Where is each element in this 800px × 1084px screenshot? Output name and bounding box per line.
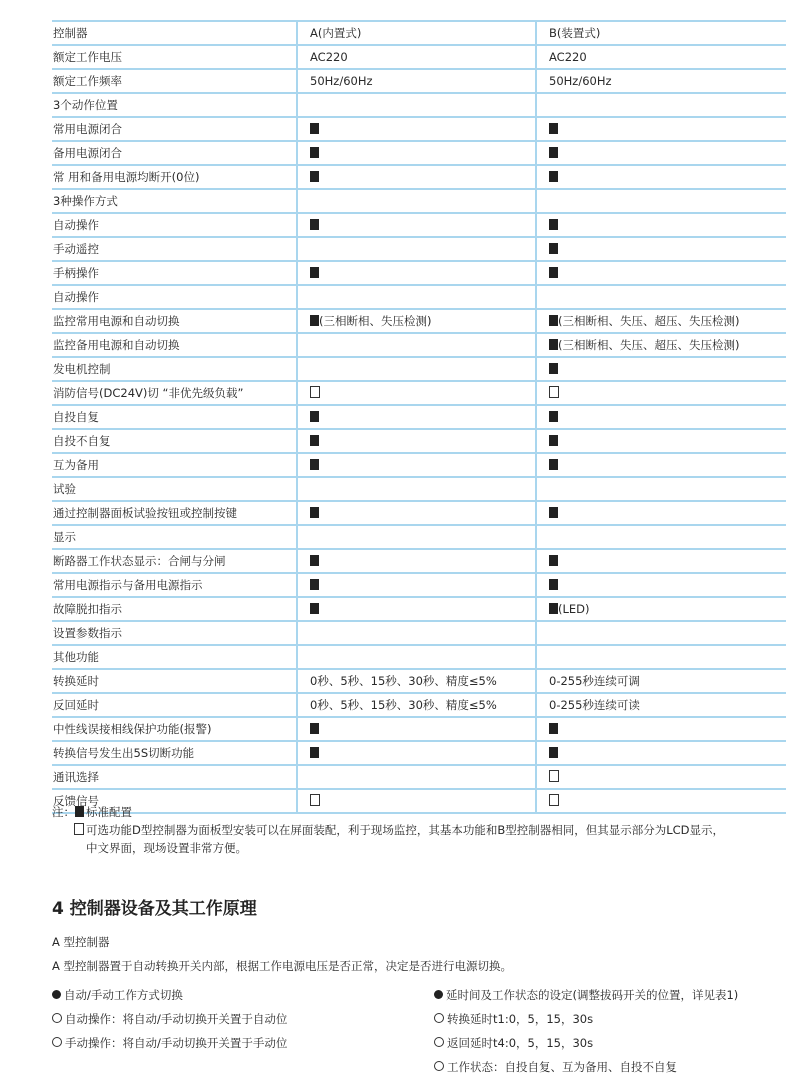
row-label: 互为备用 [53, 458, 99, 472]
notes-standard: 标准配置 [86, 803, 132, 821]
table-row: 反回延时0秒、5秒、15秒、30秒、精度≤5%0-255秒连续可读 [52, 693, 786, 717]
row-label: 手柄操作 [53, 266, 99, 280]
cell-text: 0-255秒连续可读 [549, 698, 640, 712]
cell-text: (三相断相、失压、超压、失压检测) [558, 338, 739, 352]
row-label: 转换信号发生出5S切断功能 [53, 746, 194, 760]
row-label: 手动遥控 [53, 242, 99, 256]
table-row: 显示 [52, 525, 786, 549]
cell-text: 0秒、5秒、15秒、30秒、精度≤5% [310, 674, 497, 688]
row-label-cell: 转换延时 [52, 669, 297, 693]
row-label-cell: 监控备用电源和自动切换 [52, 333, 297, 357]
type-b-cell [536, 765, 786, 789]
table-row: 监控常用电源和自动切换(三相断相、失压检测)(三相断相、失压、超压、失压检测) [52, 309, 786, 333]
row-label: 常用电源闭合 [53, 122, 122, 136]
type-a-cell [297, 501, 536, 525]
row-label-cell: 故障脱扣指示 [52, 597, 297, 621]
notes-optional-line2: 中文界面，现场设置非常方便。 [52, 839, 724, 857]
row-label-cell: 反回延时 [52, 693, 297, 717]
type-b-cell [536, 501, 786, 525]
type-b-cell [536, 261, 786, 285]
list-item: 自动操作：将自动/手动切换开关置于自动位 [52, 1007, 287, 1031]
type-b-cell: 50Hz/60Hz [536, 69, 786, 93]
cell-text: (三相断相、失压检测) [319, 314, 431, 328]
cell-text: (LED) [558, 602, 590, 616]
type-a-cell [297, 381, 536, 405]
type-a-cell [297, 261, 536, 285]
standard-square-icon [549, 723, 558, 734]
row-label-cell: 试验 [52, 477, 297, 501]
optional-square-icon [310, 386, 320, 398]
table-row: 试验 [52, 477, 786, 501]
row-label-cell: 常 用和备用电源均断开(0位) [52, 165, 297, 189]
type-b-cell [536, 357, 786, 381]
type-a-cell [297, 93, 536, 117]
row-label: 通讯选择 [53, 770, 99, 784]
left-feature-list: 自动/手动工作方式切换 自动操作：将自动/手动切换开关置于自动位 手动操作：将自… [52, 983, 287, 1055]
table-row: 自动操作 [52, 213, 786, 237]
hollow-bullet-icon [52, 1037, 62, 1047]
table-row: 额定工作频率50Hz/60Hz50Hz/60Hz [52, 69, 786, 93]
list-item: 工作状态：自投自复、互为备用、自投不自复 [434, 1055, 738, 1079]
row-label: 其他功能 [53, 650, 99, 664]
table-row: 手柄操作 [52, 261, 786, 285]
type-a-cell [297, 717, 536, 741]
type-a-cell: 50Hz/60Hz [297, 69, 536, 93]
standard-square-icon [310, 459, 319, 470]
table-row: 自投不自复 [52, 429, 786, 453]
row-label-cell: 3种操作方式 [52, 189, 297, 213]
table-row: 自投自复 [52, 405, 786, 429]
section-subtitle: A 型控制器 [52, 934, 110, 950]
type-b-cell [536, 549, 786, 573]
type-a-cell [297, 189, 536, 213]
table-row: 备用电源闭合 [52, 141, 786, 165]
type-b-cell [536, 477, 786, 501]
standard-square-icon [549, 363, 558, 374]
table-row: 额定工作电压AC220AC220 [52, 45, 786, 69]
type-b-cell: (三相断相、失压、超压、失压检测) [536, 309, 786, 333]
cell-text: 0秒、5秒、15秒、30秒、精度≤5% [310, 698, 497, 712]
type-b-cell: 0-255秒连续可读 [536, 693, 786, 717]
standard-square-icon [310, 147, 319, 158]
type-a-cell [297, 405, 536, 429]
hollow-bullet-icon [52, 1013, 62, 1023]
table-row: 自动操作 [52, 285, 786, 309]
table-row: 转换延时0秒、5秒、15秒、30秒、精度≤5%0-255秒连续可调 [52, 669, 786, 693]
type-a-cell [297, 333, 536, 357]
standard-square-icon [549, 579, 558, 590]
type-b-cell [536, 189, 786, 213]
table-row: 常 用和备用电源均断开(0位) [52, 165, 786, 189]
table-notes: 注： 标准配置 可选功能D型控制器为面板型安装可以在屏面装配，利于现场监控，其基… [52, 803, 724, 857]
table-row: 中性线误接相线保护功能(报警) [52, 717, 786, 741]
row-label: 自动操作 [53, 218, 99, 232]
row-label: 自动操作 [53, 290, 99, 304]
type-a-cell [297, 117, 536, 141]
standard-square-icon [549, 315, 558, 326]
standard-square-icon [549, 459, 558, 470]
standard-square-icon [549, 555, 558, 566]
standard-square-icon [310, 315, 319, 326]
table-row: 互为备用 [52, 453, 786, 477]
standard-square-icon [549, 171, 558, 182]
cell-text: AC220 [549, 50, 587, 64]
row-label: 常用电源指示与备用电源指示 [53, 578, 203, 592]
row-label-cell: 其他功能 [52, 645, 297, 669]
type-b-cell: AC220 [536, 45, 786, 69]
row-label: 通过控制器面板试验按钮或控制按键 [53, 506, 237, 520]
notes-optional-line1: 可选功能D型控制器为面板型安装可以在屏面装配，利于现场监控，其基本功能和B型控制… [86, 823, 724, 837]
row-label: 3个动作位置 [53, 98, 118, 112]
standard-square-icon [549, 147, 558, 158]
row-label-cell: 设置参数指示 [52, 621, 297, 645]
row-label: 3种操作方式 [53, 194, 118, 208]
header-controller: 控制器 [52, 21, 297, 45]
table-row: 转换信号发生出5S切断功能 [52, 741, 786, 765]
list-item: 延时间及工作状态的设定(调整拔码开关的位置，详见表1) [434, 983, 738, 1007]
hollow-bullet-icon [434, 1037, 444, 1047]
standard-square-icon [549, 243, 558, 254]
table-row: 3个动作位置 [52, 93, 786, 117]
type-a-cell [297, 141, 536, 165]
row-label-cell: 常用电源指示与备用电源指示 [52, 573, 297, 597]
row-label: 转换延时 [53, 674, 99, 688]
table-row: 设置参数指示 [52, 621, 786, 645]
type-a-cell [297, 621, 536, 645]
type-b-cell [536, 525, 786, 549]
row-label: 断路器工作状态显示：合闸与分闸 [53, 554, 226, 568]
type-b-cell [536, 453, 786, 477]
type-a-cell [297, 573, 536, 597]
type-a-cell [297, 525, 536, 549]
standard-square-icon [310, 219, 319, 230]
type-a-cell [297, 453, 536, 477]
type-b-cell [536, 117, 786, 141]
row-label-cell: 中性线误接相线保护功能(报警) [52, 717, 297, 741]
hollow-bullet-icon [434, 1013, 444, 1023]
row-label-cell: 常用电源闭合 [52, 117, 297, 141]
header-type-b: B(装置式) [536, 21, 786, 45]
row-label-cell: 互为备用 [52, 453, 297, 477]
table-row: 监控备用电源和自动切换(三相断相、失压、超压、失压检测) [52, 333, 786, 357]
type-a-cell [297, 429, 536, 453]
row-label-cell: 额定工作电压 [52, 45, 297, 69]
type-b-cell [536, 717, 786, 741]
row-label: 常 用和备用电源均断开(0位) [53, 170, 199, 184]
row-label: 额定工作电压 [53, 50, 122, 64]
row-label-cell: 3个动作位置 [52, 93, 297, 117]
standard-square-icon [310, 123, 319, 134]
row-label-cell: 监控常用电源和自动切换 [52, 309, 297, 333]
type-b-cell: 0-255秒连续可调 [536, 669, 786, 693]
table-header-row: 控制器 A(内置式) B(装置式) [52, 21, 786, 45]
row-label: 额定工作频率 [53, 74, 122, 88]
notes-prefix: 注： [52, 803, 75, 821]
standard-square-icon [549, 267, 558, 278]
type-b-cell [536, 621, 786, 645]
type-b-cell [536, 285, 786, 309]
row-label: 显示 [53, 530, 76, 544]
row-label-cell: 手柄操作 [52, 261, 297, 285]
row-label-cell: 消防信号(DC24V)切 “非优先级负载” [52, 381, 297, 405]
row-label-cell: 额定工作频率 [52, 69, 297, 93]
cell-text: 50Hz/60Hz [549, 74, 612, 88]
standard-square-icon [549, 339, 558, 350]
table-row: 发电机控制 [52, 357, 786, 381]
standard-square-icon [310, 435, 319, 446]
cell-text: (三相断相、失压、超压、失压检测) [558, 314, 739, 328]
section-paragraph: A 型控制器置于自动转换开关内部，根据工作电源电压是否正常，决定是否进行电源切换… [52, 958, 512, 974]
type-b-cell [536, 645, 786, 669]
row-label: 故障脱扣指示 [53, 602, 122, 616]
row-label-cell: 断路器工作状态显示：合闸与分闸 [52, 549, 297, 573]
standard-square-icon [549, 435, 558, 446]
type-a-cell [297, 213, 536, 237]
row-label: 试验 [53, 482, 76, 496]
type-a-cell: (三相断相、失压检测) [297, 309, 536, 333]
standard-square-icon [310, 603, 319, 614]
header-type-a: A(内置式) [297, 21, 536, 45]
type-a-cell: 0秒、5秒、15秒、30秒、精度≤5% [297, 669, 536, 693]
table-row: 常用电源闭合 [52, 117, 786, 141]
row-label: 设置参数指示 [53, 626, 122, 640]
list-item: 返回延时t4:0，5，15，30s [434, 1031, 738, 1055]
controller-spec-table: 控制器 A(内置式) B(装置式) 额定工作电压AC220AC220额定工作频率… [52, 20, 786, 814]
list-item: 转换延时t1:0，5，15，30s [434, 1007, 738, 1031]
row-label: 备用电源闭合 [53, 146, 122, 160]
row-label-cell: 自投自复 [52, 405, 297, 429]
right-feature-list: 延时间及工作状态的设定(调整拔码开关的位置，详见表1) 转换延时t1:0，5，1… [434, 983, 738, 1079]
type-b-cell [536, 213, 786, 237]
type-a-cell: 0秒、5秒、15秒、30秒、精度≤5% [297, 693, 536, 717]
type-b-cell [536, 381, 786, 405]
table-row: 通过控制器面板试验按钮或控制按键 [52, 501, 786, 525]
cell-text: 50Hz/60Hz [310, 74, 373, 88]
row-label-cell: 自动操作 [52, 285, 297, 309]
table-row: 手动遥控 [52, 237, 786, 261]
row-label: 自投不自复 [53, 434, 111, 448]
type-b-cell [536, 237, 786, 261]
list-item: 手动操作：将自动/手动切换开关置于手动位 [52, 1031, 287, 1055]
type-a-cell [297, 549, 536, 573]
cell-text: AC220 [310, 50, 348, 64]
standard-square-icon [310, 723, 319, 734]
table-row: 断路器工作状态显示：合闸与分闸 [52, 549, 786, 573]
standard-square-icon [310, 555, 319, 566]
row-label: 消防信号(DC24V)切 “非优先级负载” [53, 386, 243, 400]
standard-square-icon [310, 579, 319, 590]
standard-square-icon [549, 411, 558, 422]
type-b-cell [536, 405, 786, 429]
filled-bullet-icon [52, 990, 61, 999]
optional-square-icon [549, 770, 559, 782]
row-label-cell: 手动遥控 [52, 237, 297, 261]
standard-square-icon [310, 507, 319, 518]
row-label-cell: 发电机控制 [52, 357, 297, 381]
type-b-cell [536, 429, 786, 453]
row-label-cell: 备用电源闭合 [52, 141, 297, 165]
row-label: 自投自复 [53, 410, 99, 424]
standard-square-icon [310, 747, 319, 758]
type-a-cell [297, 597, 536, 621]
type-b-cell [536, 165, 786, 189]
hollow-bullet-icon [434, 1061, 444, 1071]
row-label: 反回延时 [53, 698, 99, 712]
cell-text: 0-255秒连续可调 [549, 674, 640, 688]
table-row: 常用电源指示与备用电源指示 [52, 573, 786, 597]
type-b-cell: (三相断相、失压、超压、失压检测) [536, 333, 786, 357]
table-row: 故障脱扣指示(LED) [52, 597, 786, 621]
standard-square-icon [549, 507, 558, 518]
filled-bullet-icon [434, 990, 443, 999]
standard-square-icon [549, 123, 558, 134]
row-label: 中性线误接相线保护功能(报警) [53, 722, 211, 736]
type-b-cell [536, 573, 786, 597]
list-item: 自动/手动工作方式切换 [52, 983, 287, 1007]
type-b-cell [536, 141, 786, 165]
row-label-cell: 自动操作 [52, 213, 297, 237]
type-a-cell [297, 357, 536, 381]
standard-square-icon [310, 411, 319, 422]
type-a-cell [297, 645, 536, 669]
standard-square-icon [549, 219, 558, 230]
table-row: 通讯选择 [52, 765, 786, 789]
row-label-cell: 通讯选择 [52, 765, 297, 789]
standard-square-icon [549, 747, 558, 758]
row-label-cell: 显示 [52, 525, 297, 549]
table-row: 消防信号(DC24V)切 “非优先级负载” [52, 381, 786, 405]
type-b-cell: (LED) [536, 597, 786, 621]
row-label-cell: 转换信号发生出5S切断功能 [52, 741, 297, 765]
type-a-cell [297, 741, 536, 765]
type-a-cell [297, 165, 536, 189]
row-label: 发电机控制 [53, 362, 111, 376]
standard-square-icon [549, 603, 558, 614]
type-a-cell [297, 765, 536, 789]
table-row: 其他功能 [52, 645, 786, 669]
row-label-cell: 自投不自复 [52, 429, 297, 453]
type-a-cell [297, 237, 536, 261]
type-a-cell [297, 285, 536, 309]
section-title: 4 控制器设备及其工作原理 [52, 894, 257, 919]
type-a-cell: AC220 [297, 45, 536, 69]
table-row: 3种操作方式 [52, 189, 786, 213]
row-label: 监控常用电源和自动切换 [53, 314, 180, 328]
standard-square-icon [310, 171, 319, 182]
type-b-cell [536, 741, 786, 765]
standard-config-square-icon [75, 806, 84, 817]
row-label: 监控备用电源和自动切换 [53, 338, 180, 352]
type-a-cell [297, 477, 536, 501]
optional-square-icon [549, 386, 559, 398]
optional-config-square-icon [74, 823, 84, 835]
standard-square-icon [310, 267, 319, 278]
row-label-cell: 通过控制器面板试验按钮或控制按键 [52, 501, 297, 525]
type-b-cell [536, 93, 786, 117]
